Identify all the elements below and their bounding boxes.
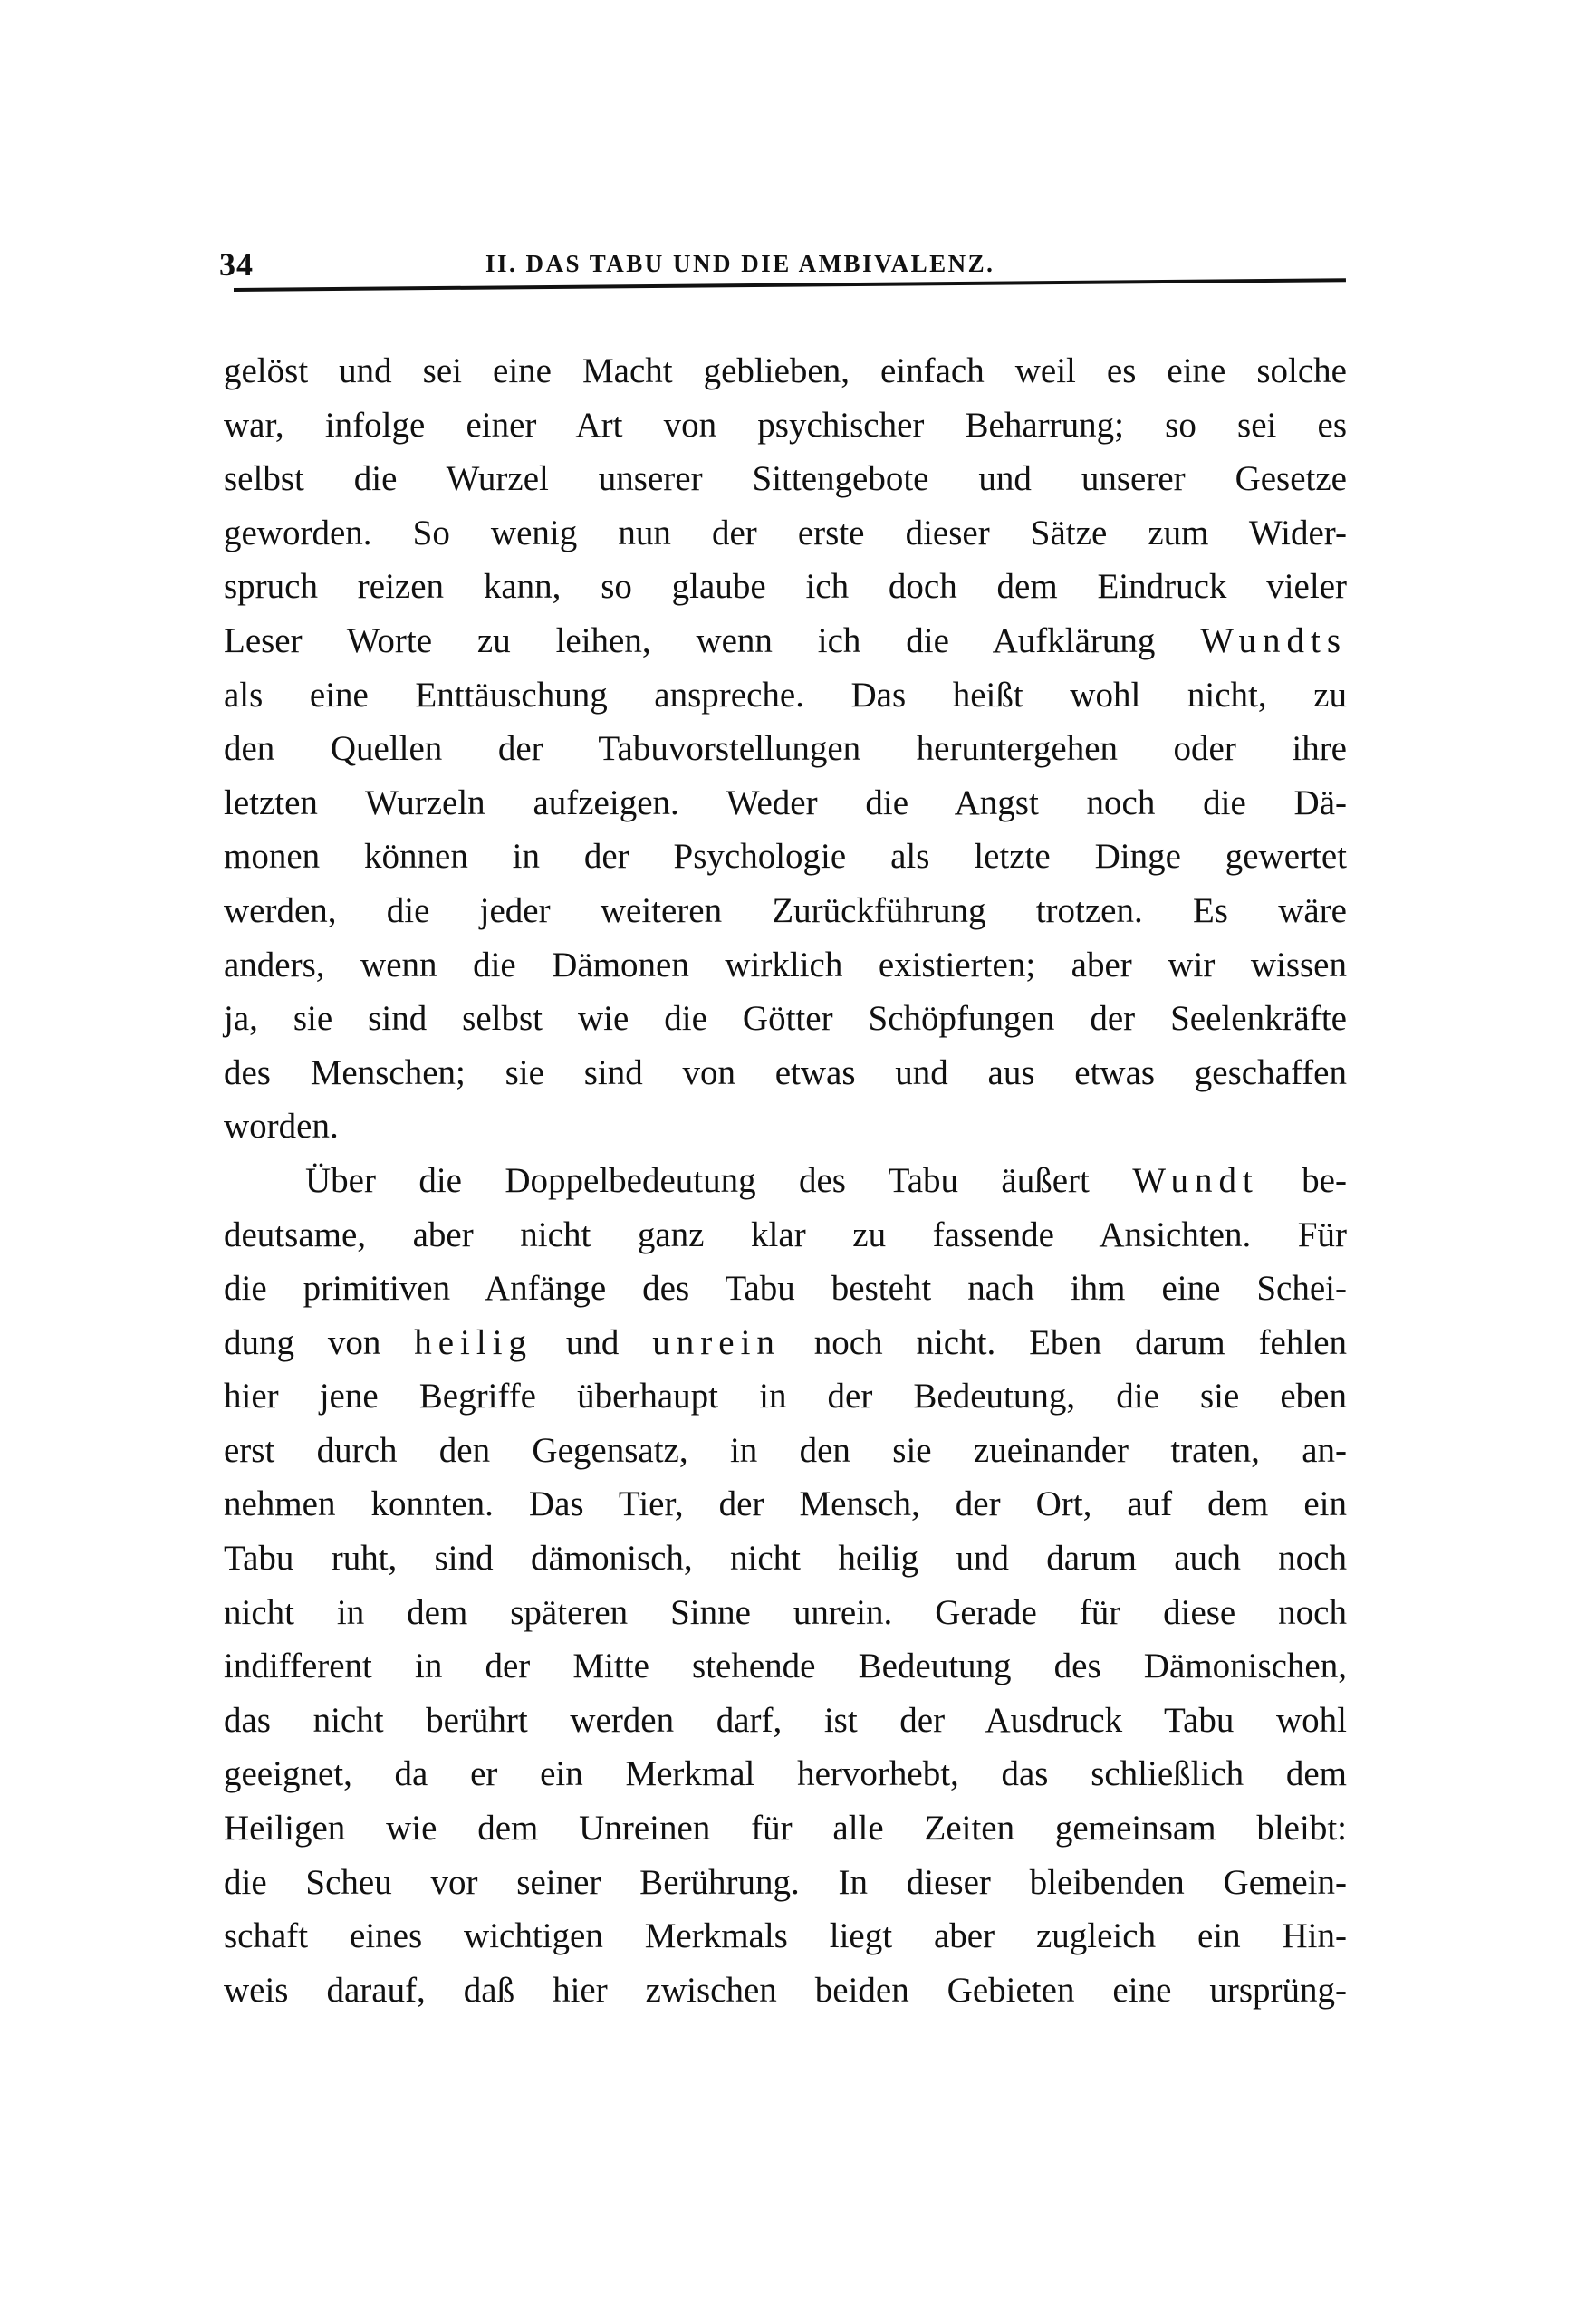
text-run: Leser Worte zu leihen, wenn ich die Aufk… [224,621,1200,660]
text-line: Leser Worte zu leihen, wenn ich die Aufk… [224,614,1347,668]
paragraph-1: gelöst und sei eine Macht geblieben, ein… [224,344,1347,1154]
text-line: anders, wenn die Dämonen wirklich existi… [224,938,1347,993]
text-line: werden, die jeder weiteren Zurückführung… [224,884,1347,938]
text-line: ja, sie sind selbst wie die Götter Schöp… [224,992,1347,1046]
chapter-title: II. DAS TABU UND DIE AMBIVALENZ. [485,248,995,279]
running-head: 34 II. DAS TABU UND DIE AMBIVALENZ. [217,243,1350,283]
text-run: und [533,1323,652,1362]
paragraph-2: Über die Doppelbedeutung des Tabu äußert… [224,1154,1347,2018]
text-line: monen können in der Psychologie als letz… [224,830,1347,884]
text-line: des Menschen; sie sind von etwas und aus… [224,1046,1347,1100]
text-line: Tabu ruht, sind dämonisch, nicht heilig … [224,1532,1347,1586]
text-line: letzten Wurzeln aufzeigen. Weder die Ang… [224,776,1347,831]
emphasized-name: Wundts [1200,621,1347,660]
text-line: gelöst und sei eine Macht geblieben, ein… [224,344,1347,399]
text-line: geeignet, da er ein Merkmal hervorhebt, … [224,1747,1347,1801]
text-line: selbst die Wurzel unserer Sittengebote u… [224,452,1347,506]
text-line: war, infolge einer Art von psychischer B… [224,399,1347,453]
text-line: das nicht berührt werden darf, ist der A… [224,1694,1347,1748]
text-line: worden. [224,1100,1347,1154]
text-run: be- [1259,1161,1347,1200]
emphasized-name: Wundt [1132,1161,1259,1200]
text-line: die Scheu vor seiner Berührung. In diese… [224,1856,1347,1910]
text-run: Über die Doppelbedeutung des Tabu äußert [305,1161,1132,1200]
text-line: dung von heilig und unrein noch nicht. E… [224,1316,1347,1370]
text-line: spruch reizen kann, so glaube ich doch d… [224,560,1347,614]
text-line: deutsame, aber nicht ganz klar zu fassen… [224,1208,1347,1263]
text-line: die primitiven Anfänge des Tabu besteht … [224,1262,1347,1316]
text-line: geworden. So wenig nun der erste dieser … [224,506,1347,561]
book-page: 34 II. DAS TABU UND DIE AMBIVALENZ. gelö… [0,0,1576,2324]
body-text: gelöst und sei eine Macht geblieben, ein… [224,344,1347,2017]
text-line: als eine Enttäuschung anspreche. Das hei… [224,668,1347,723]
text-line: Über die Doppelbedeutung des Tabu äußert… [224,1154,1347,1208]
text-run: dung von [224,1323,414,1362]
emphasized-word: heilig [414,1323,533,1362]
page-number: 34 [219,246,254,283]
emphasized-word: unrein [652,1323,781,1362]
text-line: erst durch den Gegensatz, in den sie zue… [224,1424,1347,1478]
text-line: Heiligen wie dem Unreinen für alle Zeite… [224,1801,1347,1856]
text-line: den Quellen der Tabuvorstellungen herunt… [224,722,1347,776]
text-line: indifferent in der Mitte stehende Bedeut… [224,1639,1347,1694]
text-line: nicht in dem späteren Sinne unrein. Gera… [224,1586,1347,1640]
text-run: noch nicht. Eben darum fehlen [781,1323,1347,1362]
text-line: hier jene Begriffe überhaupt in der Bede… [224,1369,1347,1424]
text-line: weis darauf, daß hier zwischen beiden Ge… [224,1964,1347,2018]
text-line: nehmen konnten. Das Tier, der Mensch, de… [224,1477,1347,1532]
text-line: schaft eines wichtigen Merkmals liegt ab… [224,1909,1347,1964]
